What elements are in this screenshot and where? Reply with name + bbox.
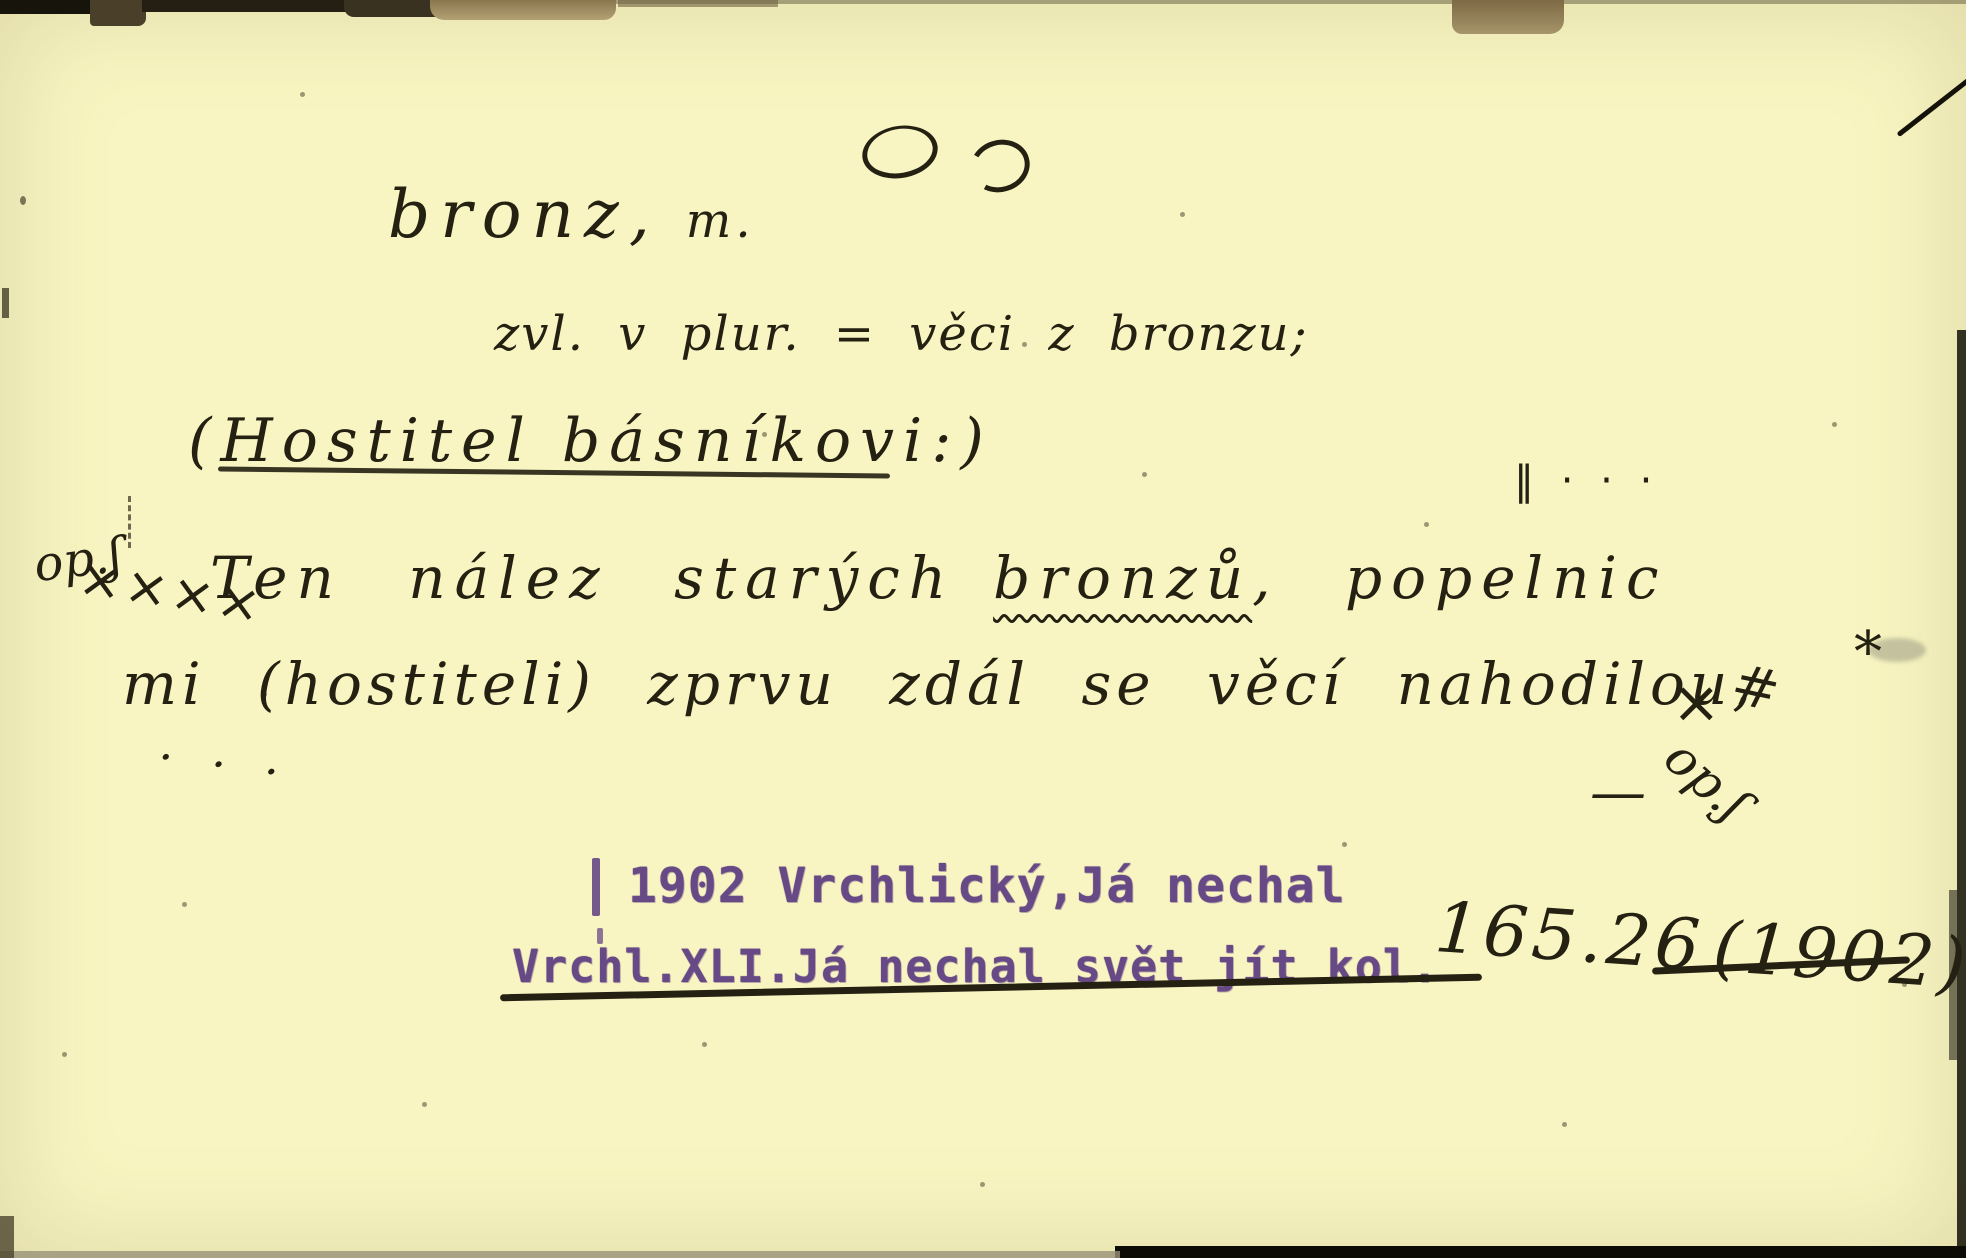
paper-speck bbox=[182, 902, 187, 907]
paper-speck bbox=[702, 1042, 707, 1047]
dash-mark: — bbox=[1590, 760, 1646, 825]
op-mark-right: op.ʃ bbox=[1653, 728, 1760, 832]
quote-line-1-start: Ten nález starých bbox=[210, 544, 955, 612]
citation-paren-close: ). bbox=[1935, 921, 1966, 1007]
headword-gender: m. bbox=[686, 193, 755, 249]
quote-line-2: mi (hostiteli) zprvu zdál se věcí nahodi… bbox=[122, 650, 1756, 718]
stamp-year-line: 1902 Vrchlický,Já nechal bbox=[628, 858, 1346, 914]
scan-edge-artifact bbox=[2, 288, 9, 318]
scan-edge-artifact bbox=[20, 196, 26, 205]
quote-keyword: bronzů bbox=[993, 544, 1252, 612]
headword: bronz,m. bbox=[388, 176, 755, 253]
scan-edge-bottom bbox=[0, 1251, 1120, 1258]
cross-mark-right: × bbox=[1672, 668, 1721, 736]
excerpt-card-scan: bronz,m. zvl. v plur. = věci z bronzu; (… bbox=[0, 0, 1966, 1258]
quote-line-1: Ten nález starýchbronzů, popelnic bbox=[210, 544, 1667, 612]
scan-edge-artifact bbox=[0, 0, 96, 14]
paper-speck bbox=[62, 1052, 67, 1057]
paper-speck bbox=[980, 1182, 985, 1187]
scan-edge-artifact bbox=[618, 0, 778, 7]
paper-speck bbox=[1180, 212, 1185, 217]
oval-doodle-icon bbox=[858, 120, 942, 184]
oval-doodle-icon bbox=[964, 133, 1036, 200]
stamp-edge-bar bbox=[592, 858, 600, 916]
paper-speck bbox=[1142, 472, 1147, 477]
scan-edge-artifact bbox=[1452, 0, 1564, 34]
ellipsis-mark: · · · bbox=[155, 729, 294, 801]
paper-speck bbox=[422, 1102, 427, 1107]
paper-speck bbox=[1562, 1122, 1567, 1127]
scan-edge-artifact bbox=[90, 0, 146, 26]
asterisk-mark: * bbox=[1854, 620, 1882, 685]
pause-mark: ‖ · · · bbox=[1514, 458, 1659, 504]
ink-trail bbox=[128, 496, 131, 548]
speaker-note: (Hostitel básníkovi:) bbox=[188, 406, 993, 476]
citation: 165.26(1902). bbox=[1432, 886, 1966, 1007]
scan-edge-right bbox=[1957, 330, 1966, 1258]
grammar-note: zvl. v plur. = věci z bronzu; bbox=[494, 306, 1309, 362]
quote-line-1-end: , popelnic bbox=[1252, 544, 1667, 612]
paper-speck bbox=[1424, 522, 1429, 527]
paper-speck bbox=[1832, 422, 1837, 427]
paper-speck bbox=[1342, 842, 1347, 847]
scan-edge-stroke bbox=[1896, 52, 1966, 137]
scan-edge-bottom bbox=[1115, 1246, 1966, 1258]
paper-speck bbox=[300, 92, 305, 97]
citation-year: 1902 bbox=[1742, 908, 1941, 1003]
scan-edge-artifact bbox=[142, 0, 350, 12]
headword-word: bronz, bbox=[388, 176, 660, 253]
scan-edge-artifact bbox=[0, 1216, 14, 1258]
scan-edge-artifact bbox=[430, 0, 616, 20]
